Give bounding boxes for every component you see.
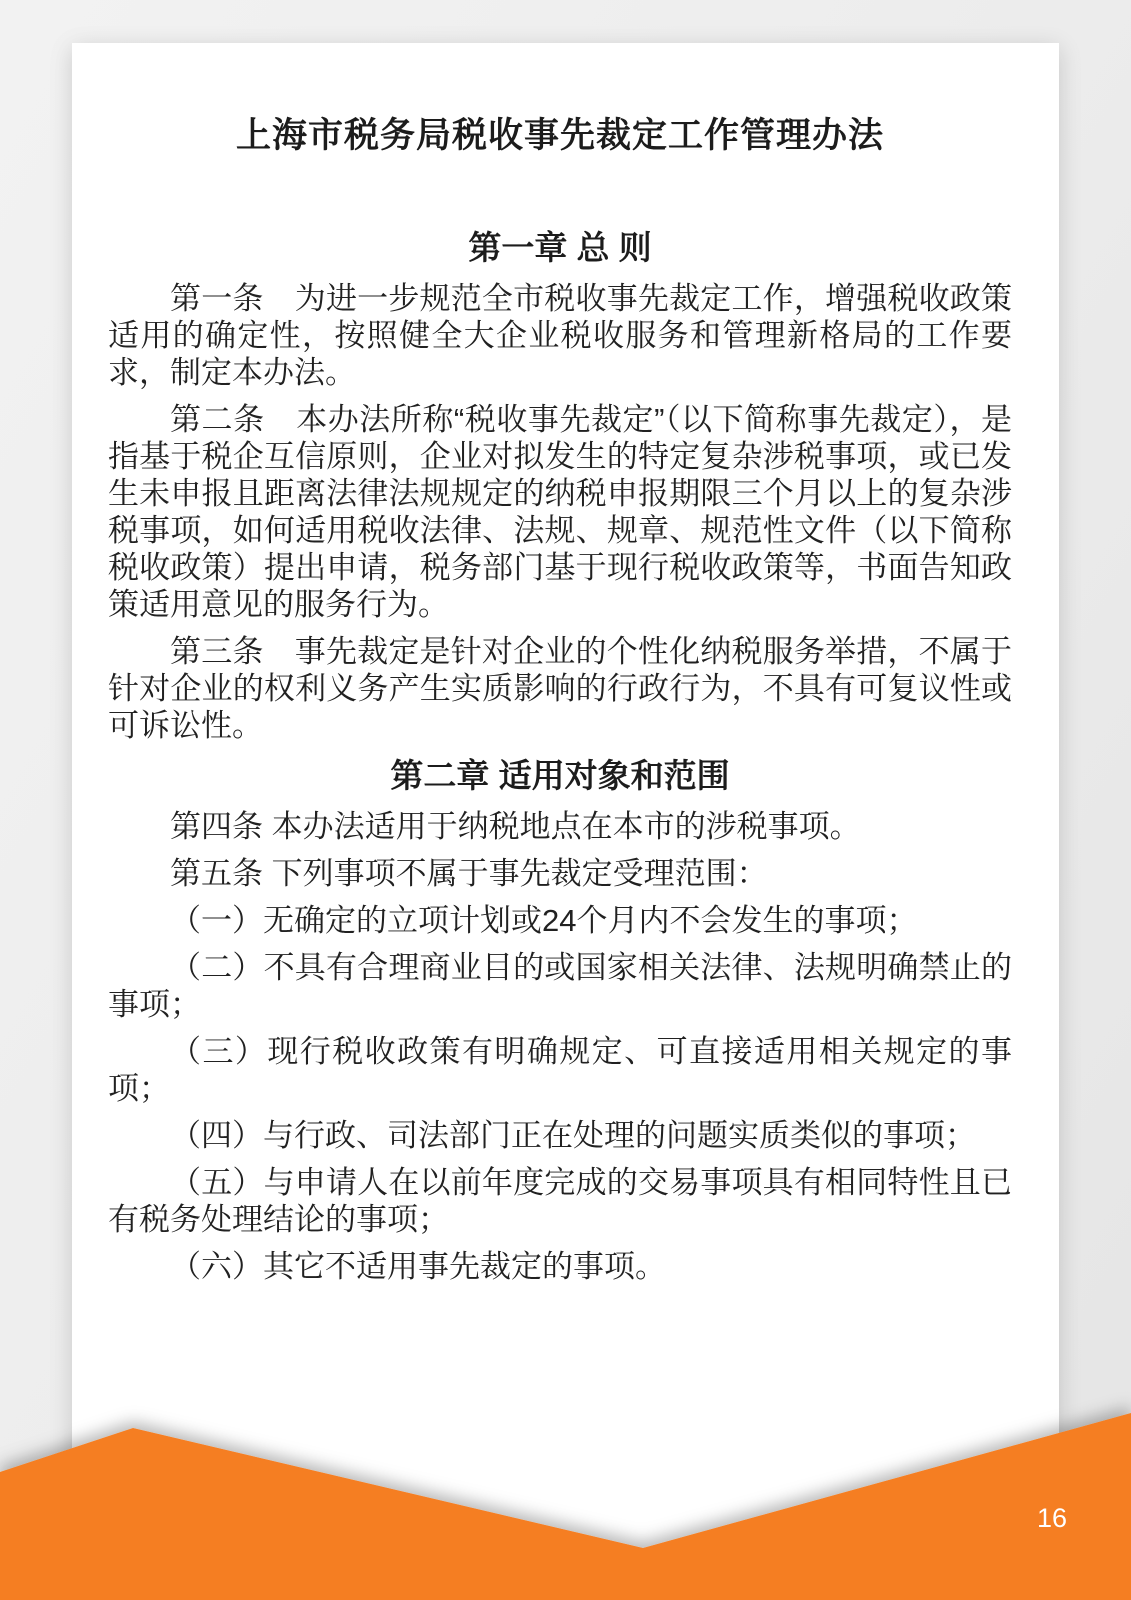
article-5-paragraph: 第五条 下列事项不属于事先裁定受理范围： [108, 855, 1012, 892]
article-5-item-1: （一）无确定的立项计划或24个月内不会发生的事项； [108, 902, 1012, 939]
article-4-paragraph: 第四条 本办法适用于纳税地点在本市的涉税事项。 [108, 808, 1012, 845]
article-2-paragraph: 第二条 本办法所称“税收事先裁定”（以下简称事先裁定），是指基于税企互信原则，企… [108, 401, 1012, 623]
article-5-item-6: （六）其它不适用事先裁定的事项。 [108, 1248, 1012, 1285]
footer-ribbon [0, 1340, 1131, 1600]
page-number: 16 [1037, 1502, 1067, 1534]
article-3-paragraph: 第三条 事先裁定是针对企业的个性化纳税服务举措，不属于针对企业的权利义务产生实质… [108, 633, 1012, 744]
article-5-item-5: （五）与申请人在以前年度完成的交易事项具有相同特性且已有税务处理结论的事项； [108, 1164, 1012, 1238]
footer-chevron-shape [0, 1413, 1131, 1600]
article-5-item-3: （三）现行税收政策有明确规定、可直接适用相关规定的事项； [108, 1033, 1012, 1107]
document-title: 上海市税务局税收事先裁定工作管理办法 [108, 114, 1012, 158]
page-background: 上海市税务局税收事先裁定工作管理办法 第一章 总 则 第一条 为进一步规范全市税… [0, 0, 1131, 1600]
chapter-1-heading: 第一章 总 则 [108, 228, 1012, 268]
chapter-2-heading: 第二章 适用对象和范围 [108, 756, 1012, 796]
article-1-paragraph: 第一条 为进一步规范全市税收事先裁定工作，增强税收政策适用的确定性，按照健全大企… [108, 280, 1012, 391]
article-5-item-4: （四）与行政、司法部门正在处理的问题实质类似的事项； [108, 1117, 1012, 1154]
article-5-item-2: （二）不具有合理商业目的或国家相关法律、法规明确禁止的事项； [108, 949, 1012, 1023]
